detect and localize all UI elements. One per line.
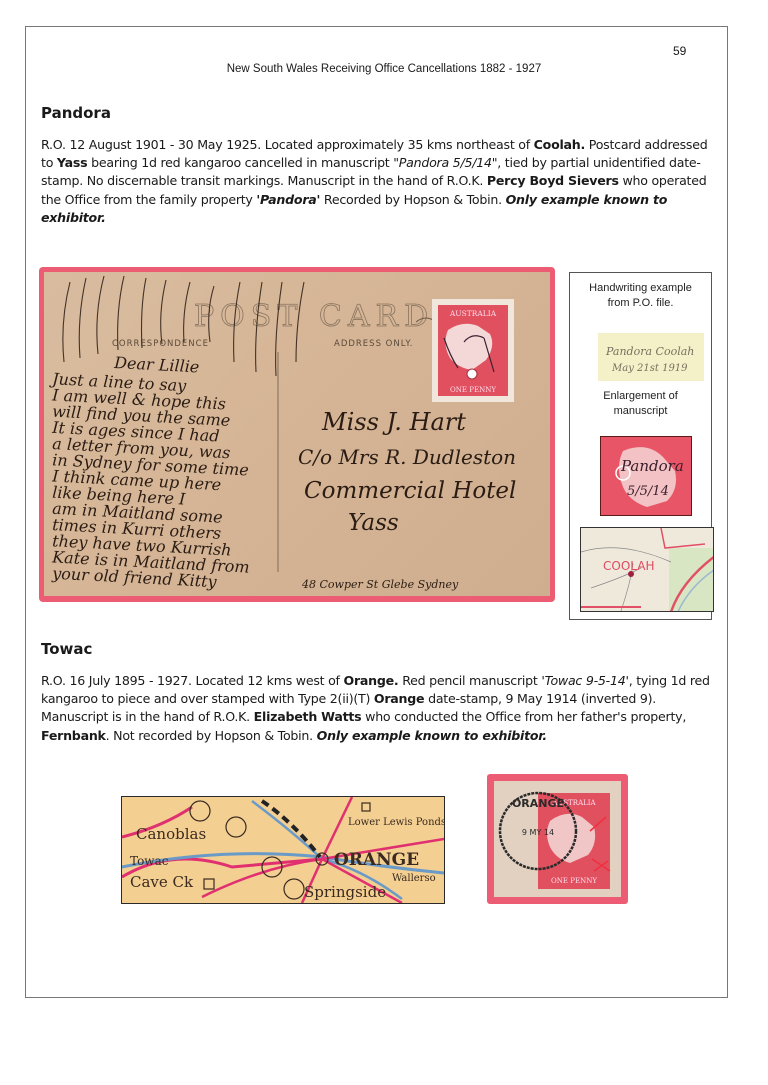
enlargement-caption: Enlargement of manuscript — [570, 389, 711, 419]
manuscript-enlargement-image: Pandora 5/5/14 — [600, 436, 692, 516]
printed-address-only: ADDRESS ONLY. — [334, 339, 414, 349]
handwriting-sample-image: Pandora Coolah May 21st 1919 — [598, 333, 704, 381]
pandora-side-panel: Handwriting example from P.O. file. Pand… — [569, 272, 712, 620]
section-title-pandora: Pandora — [41, 104, 111, 122]
towac-stamp-on-piece-image: AUSTRALIA ONE PENNY ORANGE 9 MY 14 — [487, 774, 628, 904]
handwritten-message: Dear LillieJust a line to sayI am well &… — [49, 353, 250, 591]
section-title-towac: Towac — [41, 640, 92, 658]
text-run: bearing 1d red kangaroo cancelled in man… — [87, 155, 393, 170]
svg-text:ONE PENNY: ONE PENNY — [551, 877, 597, 885]
svg-text:Yass: Yass — [348, 510, 399, 536]
text-run: Percy Boyd Sievers — [487, 173, 619, 188]
orange-datestamp-text: ORANGE — [512, 797, 564, 810]
text-run: 'Pandora' — [256, 192, 320, 207]
svg-text:5/5/14: 5/5/14 — [627, 484, 669, 499]
text-run: who conducted the Office from her father… — [361, 709, 686, 724]
text-run: 'Towac 9-5-14' — [541, 673, 628, 688]
towac-description: R.O. 16 July 1895 - 1927. Located 12 kms… — [41, 672, 721, 745]
page-number: 59 — [673, 44, 686, 58]
svg-text:Pandora: Pandora — [620, 457, 684, 475]
svg-text:Wallerso: Wallerso — [392, 873, 436, 884]
svg-text:COOLAH: COOLAH — [603, 559, 654, 573]
text-run: Recorded by Hopson & Tobin. — [320, 192, 505, 207]
running-head: New South Wales Receiving Office Cancell… — [0, 63, 768, 75]
text-run: Fernbank — [41, 728, 106, 743]
text-run: Only example known to exhibitor. — [317, 728, 547, 743]
text-run: Coolah. — [534, 137, 585, 152]
orange-datestamp-date: 9 MY 14 — [522, 828, 554, 837]
text-run: Orange — [374, 691, 424, 706]
text-run: Orange. — [343, 673, 398, 688]
coolah-map-image: COOLAH — [580, 527, 714, 612]
printed-correspondence: CORRESPONDENCE — [112, 339, 209, 349]
svg-text:Springside: Springside — [304, 883, 386, 901]
svg-text:Miss J. Hart: Miss J. Hart — [321, 408, 466, 436]
svg-text:Cave Ck: Cave Ck — [130, 873, 194, 891]
svg-text:May 21st 1919: May 21st 1919 — [611, 363, 688, 374]
text-run: Yass — [57, 155, 87, 170]
svg-text:Canoblas: Canoblas — [136, 825, 206, 843]
orange-map-image: Canoblas Towac Cave Ck Lower Lewis Ponds… — [121, 796, 445, 904]
svg-text:ORANGE: ORANGE — [334, 850, 419, 870]
handwriting-caption: Handwriting example from P.O. file. — [570, 281, 711, 311]
kangaroo-stamp: AUSTRALIA ONE PENNY — [432, 299, 514, 402]
text-run: . Not recorded by Hopson & Tobin. — [106, 728, 317, 743]
text-run: "Pandora 5/5/14" — [393, 155, 497, 170]
stamp-bottom-text: ONE PENNY — [450, 386, 496, 394]
printed-post-card: POST CARD. — [194, 299, 449, 334]
postcard-drawing: POST CARD. CORRESPONDENCE ADDRESS ONLY. … — [44, 272, 550, 596]
text-run: R.O. 12 August 1901 - 30 May 1925. Locat… — [41, 137, 534, 152]
address-block: Miss J. Hart C/o Mrs R. Dudleston Commer… — [298, 408, 516, 591]
pandora-description: R.O. 12 August 1901 - 30 May 1925. Locat… — [41, 136, 721, 227]
svg-text:Lower Lewis Ponds: Lower Lewis Ponds — [348, 817, 444, 828]
svg-text:48 Cowper St Glebe Sydney: 48 Cowper St Glebe Sydney — [301, 578, 459, 591]
stamp-top-text: AUSTRALIA — [449, 309, 497, 318]
text-run: Elizabeth Watts — [254, 709, 362, 724]
svg-text:C/o Mrs R. Dudleston: C/o Mrs R. Dudleston — [298, 445, 516, 469]
svg-text:Towac: Towac — [130, 854, 169, 868]
pandora-postcard-image: POST CARD. CORRESPONDENCE ADDRESS ONLY. … — [39, 267, 555, 602]
svg-text:Commercial Hotel: Commercial Hotel — [304, 478, 516, 504]
text-run: Red pencil manuscript — [398, 673, 541, 688]
svg-text:Pandora Coolah: Pandora Coolah — [605, 345, 694, 358]
text-run: R.O. 16 July 1895 - 1927. Located 12 kms… — [41, 673, 343, 688]
